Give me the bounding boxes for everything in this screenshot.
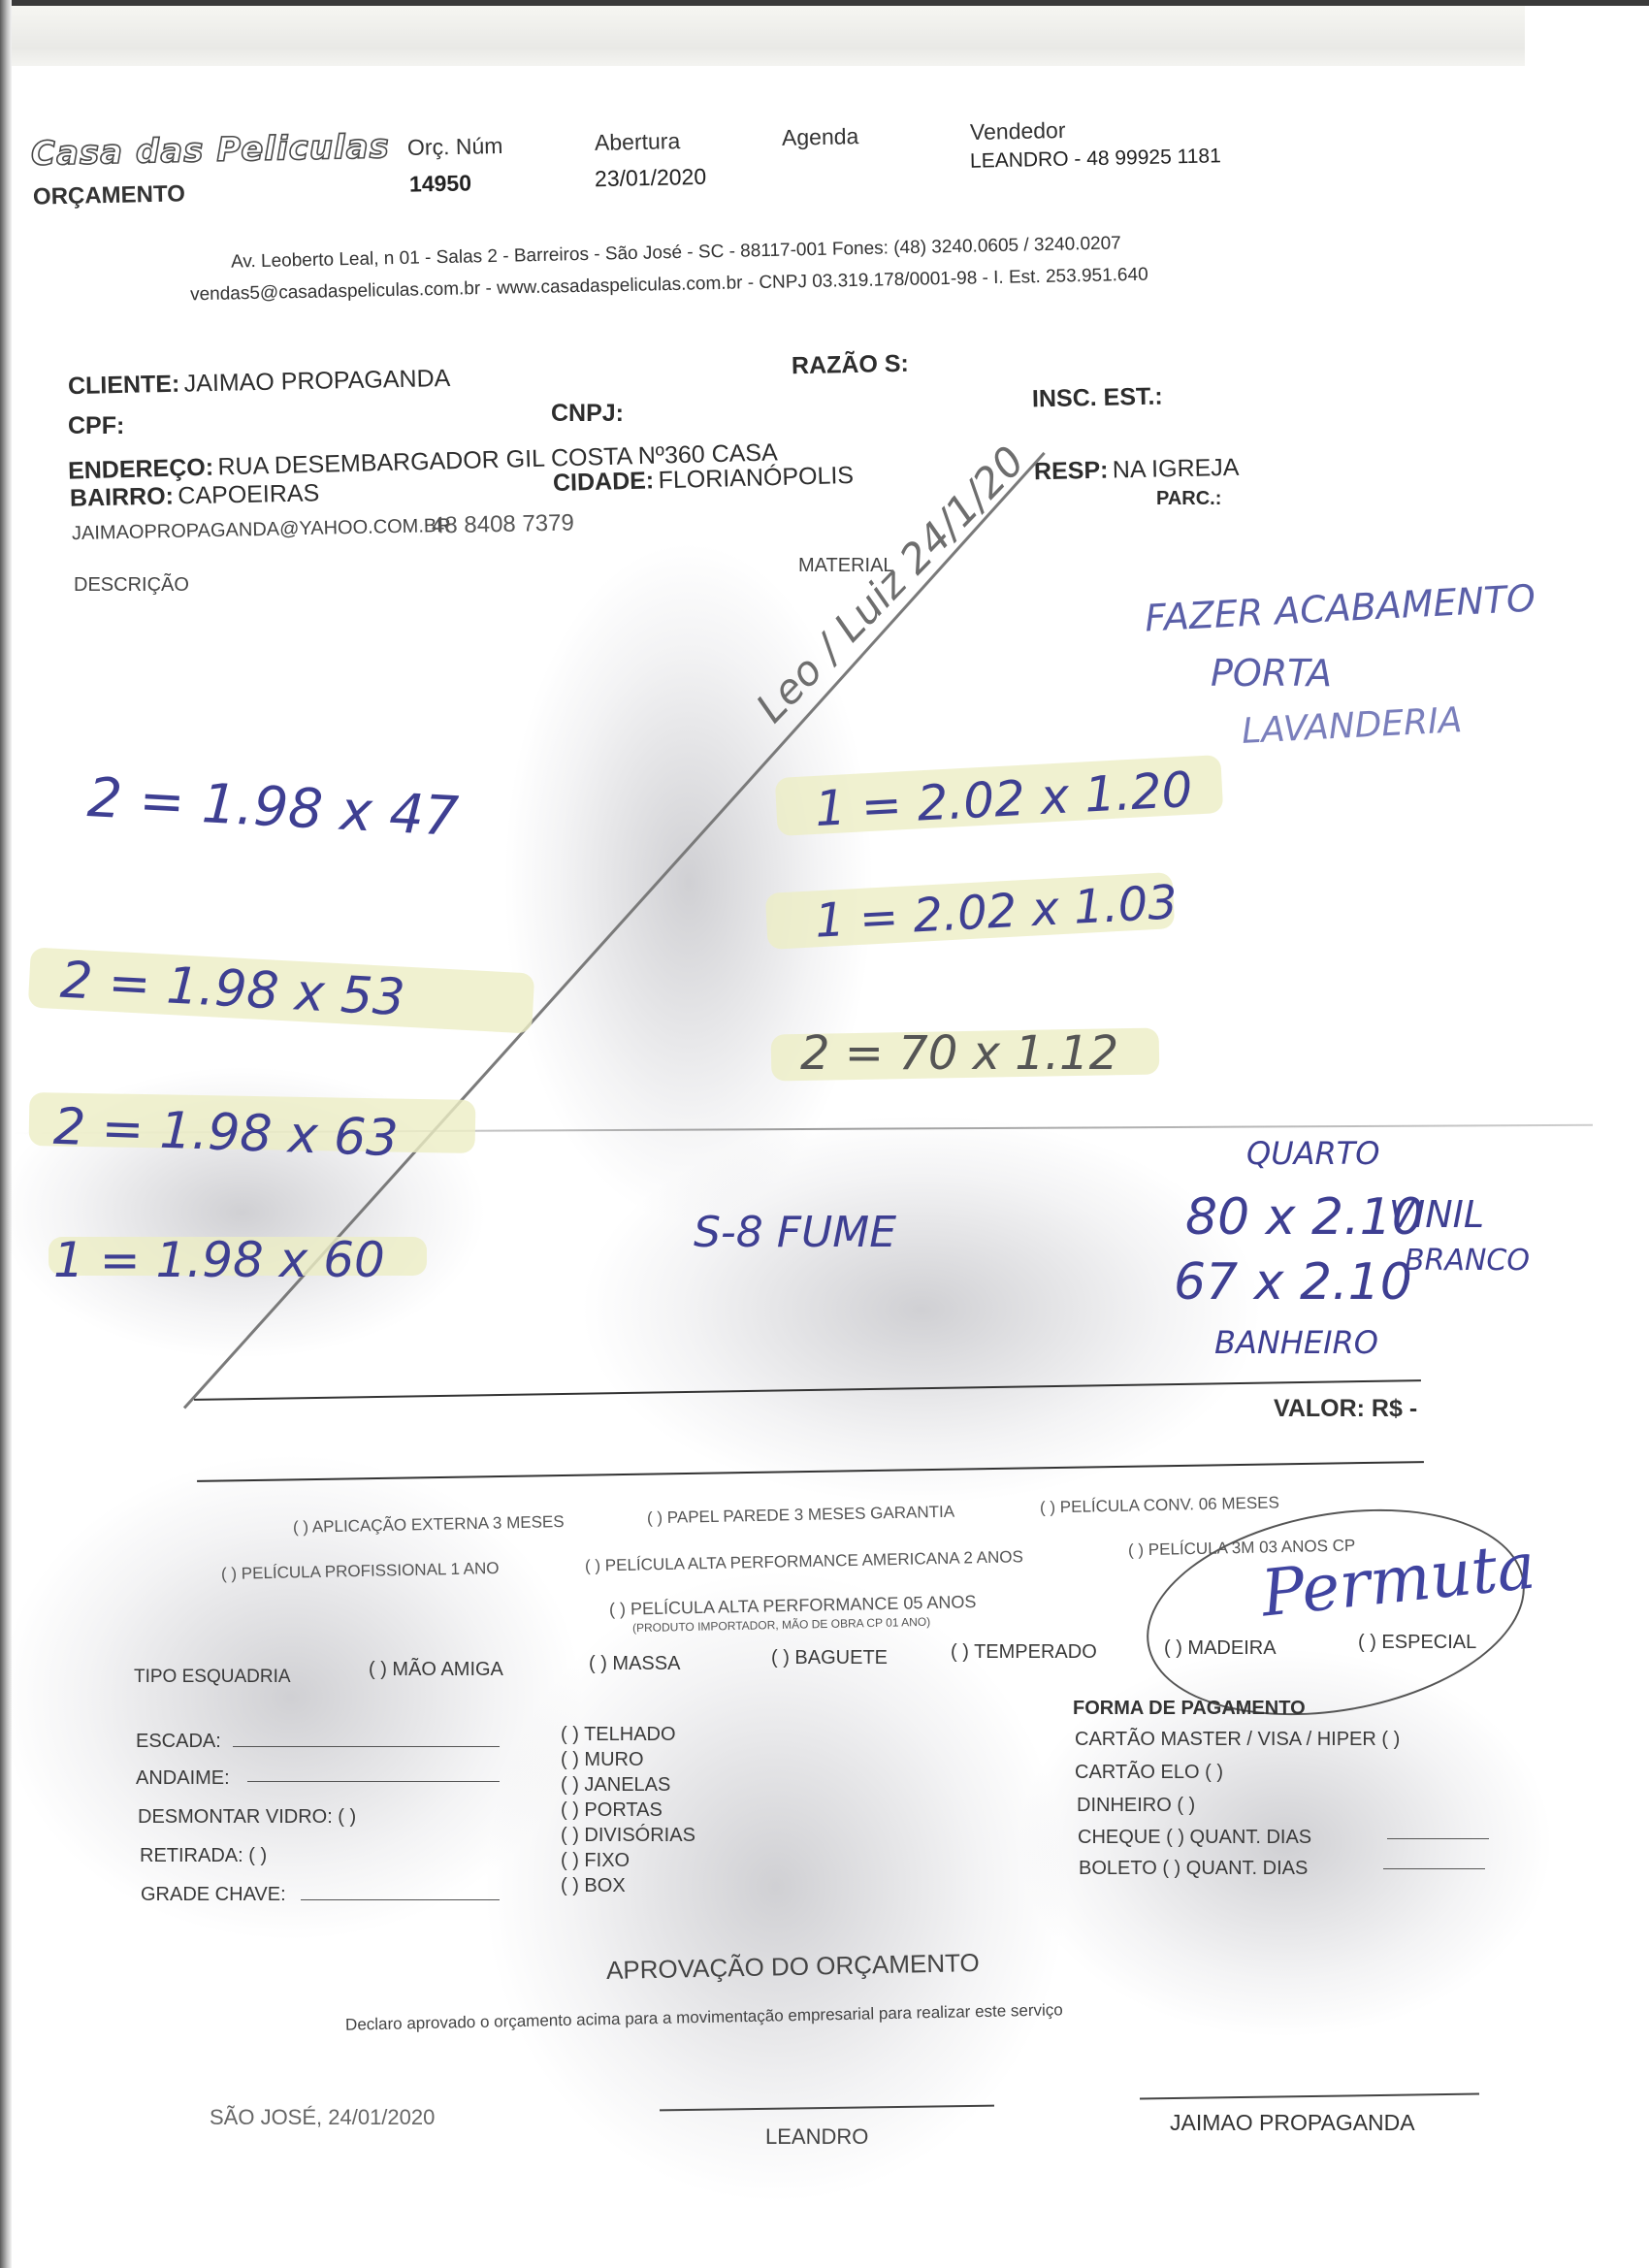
resp-value: NA IGREJA <box>1113 454 1240 484</box>
payment-cartao-master[interactable]: CARTÃO MASTER / VISA / HIPER ( ) <box>1075 1729 1400 1751</box>
measure-left-2: 2 = 1.98 x 53 <box>59 952 406 1028</box>
scan-edge-left <box>0 0 12 2268</box>
client-signature-line[interactable] <box>1140 2093 1479 2100</box>
abertura-value: 23/01/2020 <box>595 164 707 192</box>
esquadria-especial[interactable]: ( ) ESPECIAL <box>1358 1632 1476 1654</box>
esquadria-label: TIPO ESQUADRIA <box>134 1667 291 1688</box>
note-line-2: PORTA <box>1211 652 1332 695</box>
insc-est-label: INSC. EST.: <box>1032 383 1163 414</box>
parc-label: PARC.: <box>1156 488 1221 510</box>
andaime-label: ANDAIME: <box>136 1767 230 1790</box>
measure-right-2: 1 = 2.02 x 1.03 <box>814 875 1179 948</box>
option-papel-parede[interactable]: ( ) PAPEL PAREDE 3 MESES GARANTIA <box>647 1503 954 1529</box>
andaime-line[interactable] <box>247 1781 500 1782</box>
material-note-branco: BRANCO <box>1405 1244 1530 1278</box>
approval-statement: Declaro aprovado o orçamento acima para … <box>345 2000 1063 2034</box>
note-line-3: LAVANDERIA <box>1241 700 1463 752</box>
location-muro[interactable]: ( ) MURO <box>561 1749 644 1771</box>
cpf-label: CPF: <box>68 412 124 440</box>
esquadria-temperado[interactable]: ( ) TEMPERADO <box>951 1641 1097 1664</box>
vendedor-value: LEANDRO - 48 99925 1181 <box>970 145 1221 173</box>
endereco-label: ENDEREÇO: <box>68 454 214 485</box>
option-aplicacao-externa[interactable]: ( ) APLICAÇÃO EXTERNA 3 MESES <box>293 1512 565 1538</box>
approval-title: APROVAÇÃO DO ORÇAMENTO <box>606 1948 980 1986</box>
client-label: CLIENTE: <box>68 371 180 400</box>
measure-left-3: 2 = 1.98 x 63 <box>52 1098 399 1168</box>
resp-field: RESP: NA IGREJA <box>1034 454 1240 486</box>
material-note-vinil: VINIL <box>1389 1193 1484 1236</box>
total-rule-bottom <box>197 1461 1424 1482</box>
company-logo: Casa das Peliculas <box>31 127 391 174</box>
client-value: JAIMAO PROPAGANDA <box>183 365 450 398</box>
document-type: ORÇAMENTO <box>33 180 185 211</box>
agenda-label: Agenda <box>782 123 859 151</box>
seller-signature-name: LEANDRO <box>765 2124 868 2150</box>
payment-cheque[interactable]: CHEQUE ( ) QUANT. DIAS <box>1078 1827 1311 1849</box>
payment-cartao-elo[interactable]: CARTÃO ELO ( ) <box>1075 1762 1223 1784</box>
valor-label: VALOR: R$ - <box>1274 1395 1417 1423</box>
grade-chave-label: GRADE CHAVE: <box>141 1884 286 1906</box>
place-date: SÃO JOSÉ, 24/01/2020 <box>210 2105 435 2130</box>
location-telhado[interactable]: ( ) TELHADO <box>561 1724 676 1746</box>
escada-label: ESCADA: <box>136 1731 221 1753</box>
paper-fold-band <box>12 6 1525 66</box>
orc-num-label: Orç. Núm <box>407 133 503 161</box>
bairro-field: BAIRRO: CAPOEIRAS <box>70 479 320 512</box>
resp-label: RESP: <box>1034 457 1109 486</box>
location-fixo[interactable]: ( ) FIXO <box>561 1850 630 1872</box>
esquadria-mao-amiga[interactable]: ( ) MÃO AMIGA <box>369 1659 503 1681</box>
esquadria-massa[interactable]: ( ) MASSA <box>589 1653 680 1675</box>
escada-line[interactable] <box>233 1746 500 1747</box>
grade-chave-line[interactable] <box>301 1899 500 1900</box>
location-portas[interactable]: ( ) PORTAS <box>561 1799 663 1822</box>
cidade-value: FLORIANÓPOLIS <box>658 462 854 494</box>
descricao-column-label: DESCRIÇÃO <box>74 574 189 597</box>
bairro-label: BAIRRO: <box>70 482 175 511</box>
orc-num-value: 14950 <box>409 170 472 197</box>
boleto-days-line[interactable] <box>1383 1868 1485 1869</box>
payment-boleto[interactable]: BOLETO ( ) QUANT. DIAS <box>1079 1858 1308 1880</box>
client-phone: 48 8408 7379 <box>432 509 574 539</box>
location-janelas[interactable]: ( ) JANELAS <box>561 1774 670 1797</box>
quarto-label: QUARTO <box>1246 1135 1379 1172</box>
option-alta-performance-americana[interactable]: ( ) PELÍCULA ALTA PERFORMANCE AMERICANA … <box>585 1547 1023 1575</box>
measure-left-4: 1 = 1.98 x 60 <box>53 1232 385 1288</box>
film-type: S-8 FUME <box>694 1208 896 1257</box>
option-pelicula-conv[interactable]: ( ) PELÍCULA CONV. 06 MESES <box>1040 1493 1279 1517</box>
desmontar-vidro[interactable]: DESMONTAR VIDRO: ( ) <box>138 1806 356 1829</box>
esquadria-madeira[interactable]: ( ) MADEIRA <box>1164 1637 1277 1660</box>
banheiro-label: BANHEIRO <box>1214 1324 1378 1361</box>
cnpj-label: CNPJ: <box>551 400 624 428</box>
razao-label: RAZÃO S: <box>792 350 909 381</box>
seller-signature-line[interactable] <box>660 2105 994 2112</box>
total-rule-top <box>194 1379 1421 1401</box>
location-divisorias[interactable]: ( ) DIVISÓRIAS <box>561 1825 695 1847</box>
abertura-label: Abertura <box>595 128 681 156</box>
measure-right-3: 2 = 70 x 1.12 <box>800 1026 1118 1081</box>
retirada[interactable]: RETIRADA: ( ) <box>140 1845 267 1867</box>
quarto-measure: 80 x 2.10 <box>1185 1188 1424 1247</box>
payment-title: FORMA DE PAGAMENTO <box>1073 1698 1306 1720</box>
option-pelicula-profissional[interactable]: ( ) PELÍCULA PROFISSIONAL 1 ANO <box>221 1559 500 1584</box>
banheiro-measure: 67 x 2.10 <box>1174 1253 1412 1312</box>
paper-shadow <box>582 1116 1261 1504</box>
client-signature-name: JAIMAO PROPAGANDA <box>1170 2110 1415 2136</box>
client-email: JAIMAOPROPAGANDA@YAHOO.COM.BR <box>72 515 451 545</box>
client-field: CLIENTE: JAIMAO PROPAGANDA <box>68 365 451 401</box>
note-line-1: FAZER ACABAMENTO <box>1144 576 1536 639</box>
cidade-label: CIDADE: <box>553 467 655 497</box>
esquadria-baguete[interactable]: ( ) BAGUETE <box>771 1647 888 1669</box>
bairro-value: CAPOEIRAS <box>178 479 319 509</box>
vendedor-label: Vendedor <box>970 117 1066 146</box>
cheque-days-line[interactable] <box>1387 1838 1489 1839</box>
location-box[interactable]: ( ) BOX <box>561 1875 626 1897</box>
payment-dinheiro[interactable]: DINHEIRO ( ) <box>1077 1795 1195 1817</box>
measure-left-1: 2 = 1.98 x 47 <box>86 766 461 849</box>
